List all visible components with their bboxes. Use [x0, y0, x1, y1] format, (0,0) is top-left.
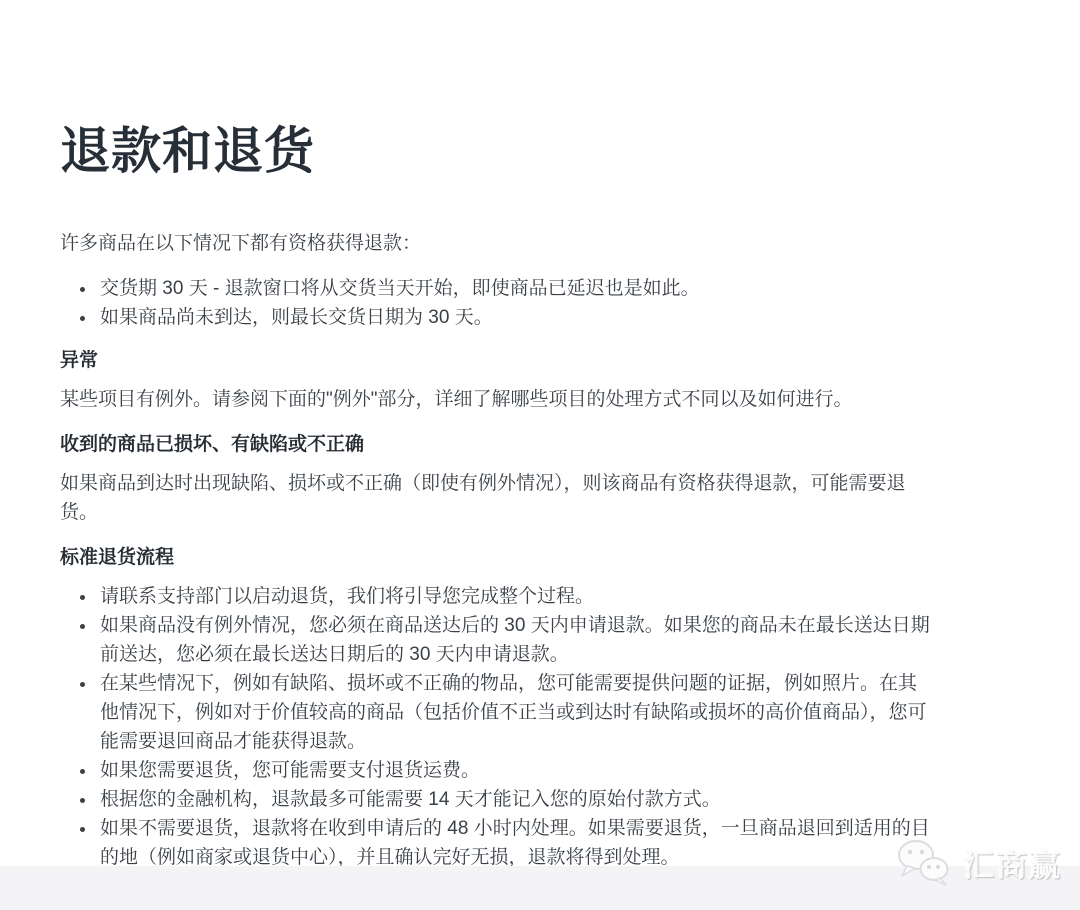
damaged-paragraph: 如果商品到达时出现缺陷、损坏或不正确（即使有例外情况），则该商品有资格获得退款，… — [60, 469, 932, 527]
page-title: 退款和退货 — [60, 124, 932, 179]
exceptions-paragraph: 某些项目有例外。请参阅下面的"例外"部分，详细了解哪些项目的处理方式不同以及如何… — [60, 385, 932, 414]
section-heading-standard-process: 标准退货流程 — [60, 543, 932, 572]
list-item: 根据您的金融机构，退款最多可能需要 14 天才能记入您的原始付款方式。 — [97, 785, 932, 814]
intro-paragraph: 许多商品在以下情况下都有资格获得退款： — [60, 229, 932, 258]
document-body: 退款和退货 许多商品在以下情况下都有资格获得退款： 交货期 30 天 - 退款窗… — [60, 0, 932, 886]
list-item: 请联系支持部门以启动退货，我们将引导您完成整个过程。 — [97, 582, 932, 611]
list-item: 如果不需要退货，退款将在收到申请后的 48 小时内处理。如果需要退货，一旦商品退… — [97, 814, 932, 872]
list-item: 如果商品没有例外情况，您必须在商品送达后的 30 天内申请退款。如果您的商品未在… — [97, 611, 932, 669]
standard-process-list: 请联系支持部门以启动退货，我们将引导您完成整个过程。 如果商品没有例外情况，您必… — [60, 582, 932, 872]
list-item: 如果您需要退货，您可能需要支付退货运费。 — [97, 756, 932, 785]
section-heading-exceptions: 异常 — [60, 346, 932, 375]
eligibility-list: 交货期 30 天 - 退款窗口将从交货当天开始，即使商品已延迟也是如此。 如果商… — [60, 274, 932, 332]
watermark-label: 汇商赢 — [963, 840, 1062, 885]
list-item: 如果商品尚未到达，则最长交货日期为 30 天。 — [97, 303, 932, 332]
wechat-icon — [895, 838, 953, 886]
list-item: 交货期 30 天 - 退款窗口将从交货当天开始，即使商品已延迟也是如此。 — [97, 274, 932, 303]
section-heading-damaged: 收到的商品已损坏、有缺陷或不正确 — [60, 430, 932, 459]
list-item: 在某些情况下，例如有缺陷、损坏或不正确的物品，您可能需要提供问题的证据，例如照片… — [97, 669, 932, 756]
watermark: 汇商赢 — [895, 838, 1062, 886]
